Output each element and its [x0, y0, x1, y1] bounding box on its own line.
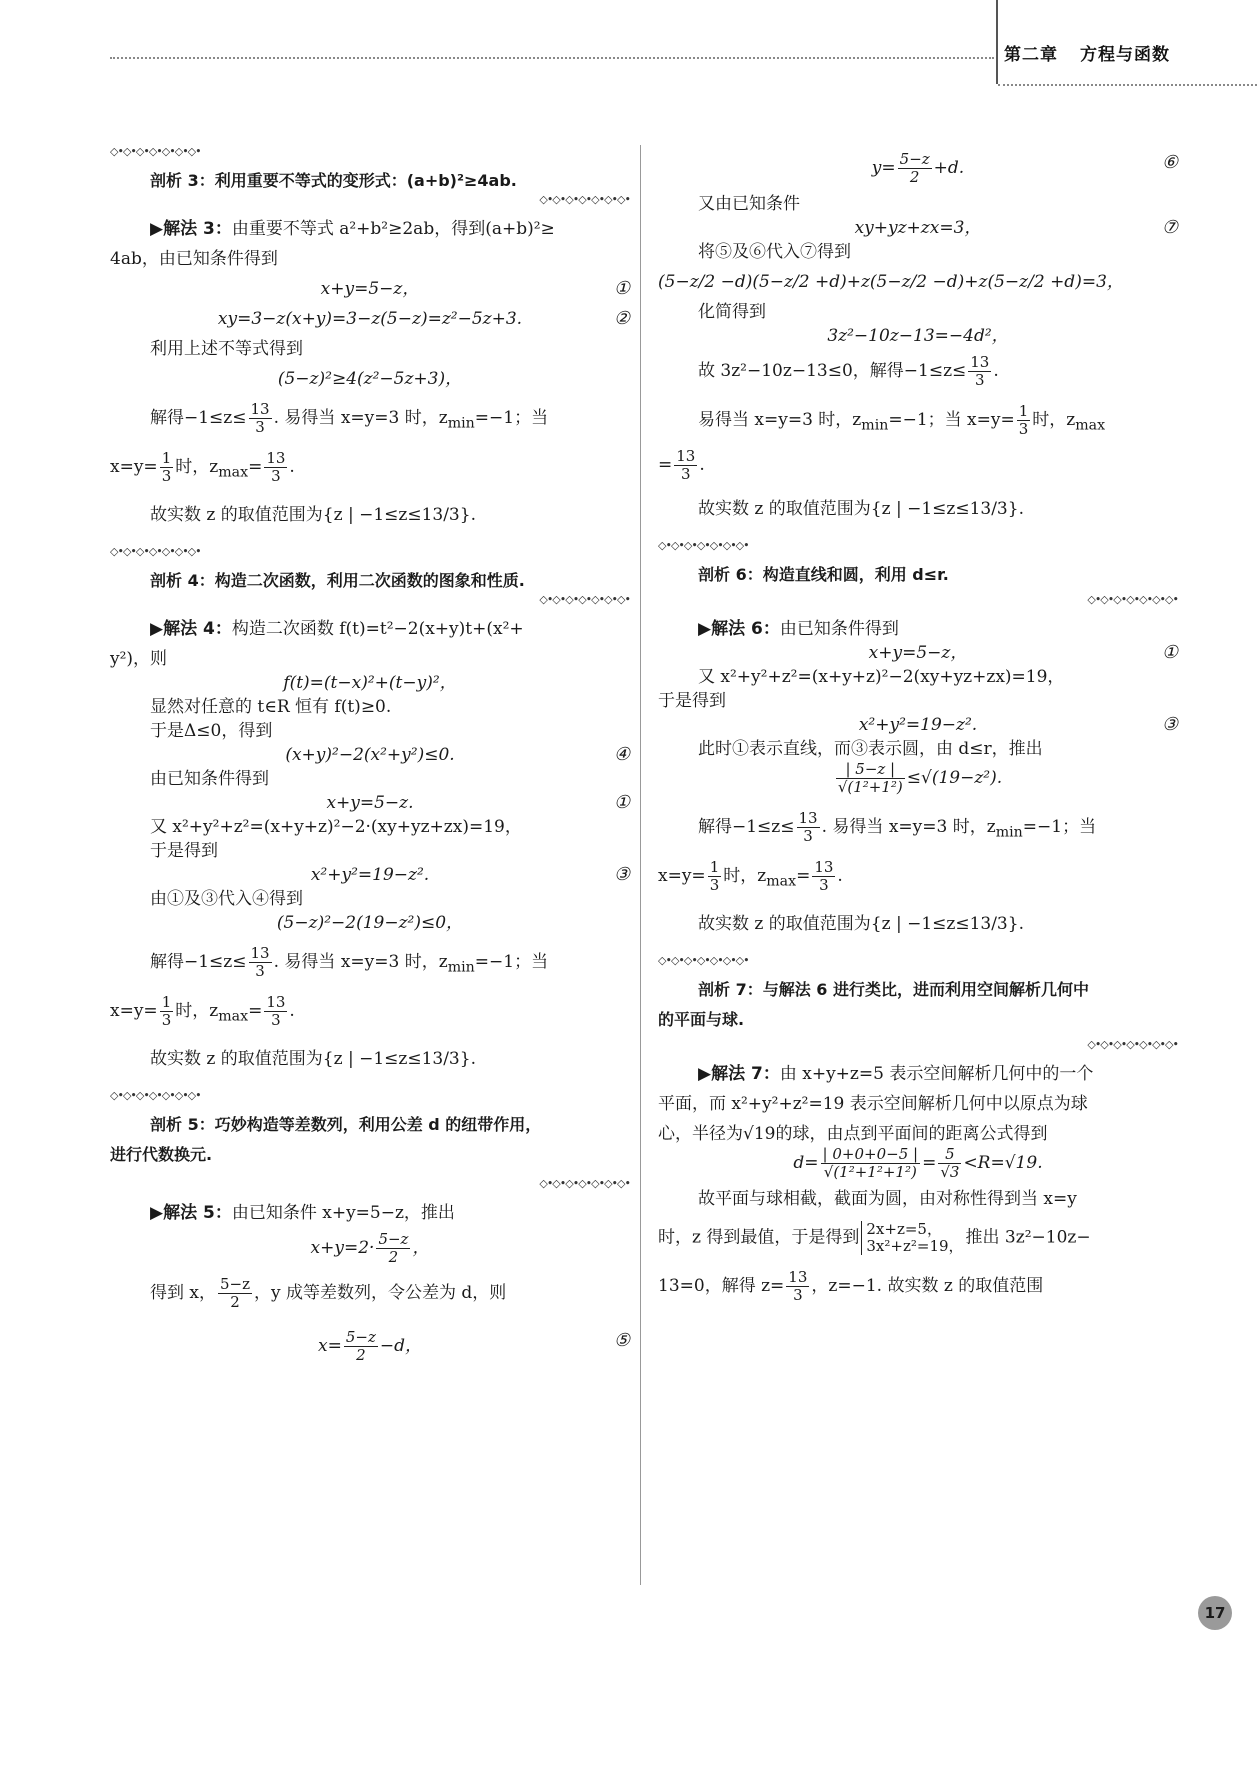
equation-tag-1: ① — [1162, 641, 1178, 665]
left-column: ◇•◇•◇•◇•◇•◇•◇• 剖析 3：利用重要不等式的变形式：(a+b)²≥4… — [110, 145, 630, 1364]
text-line: 此时①表示直线，而③表示圆，由 d≤r，推出 — [658, 737, 1178, 761]
decorative-divider: ◇•◇•◇•◇•◇•◇•◇• — [110, 193, 630, 207]
text-line: 利用上述不等式得到 — [110, 337, 630, 361]
right-column: y=5−z2+d.⑥ 又由已知条件 xy+yz+zx=3，⑦ 将⑤及⑥代入⑦得到… — [658, 145, 1178, 1304]
header-vertical-rule — [996, 0, 998, 84]
equation-4: (x+y)²−2(x²+y²)≤0.④ — [110, 743, 630, 767]
fraction: 133 — [249, 401, 272, 436]
text-line: 又 x²+y²+z²=(x+y+z)²−2·(xy+yz+zx)=19， — [110, 815, 630, 839]
solution-5-heading: ▶解法 5： — [150, 1203, 232, 1223]
decorative-divider: ◇•◇•◇•◇•◇•◇•◇• — [658, 954, 1178, 968]
chapter-title: 第二章方程与函数 — [1004, 40, 1170, 65]
equation-tag-1: ① — [614, 791, 630, 815]
text-line: 于是Δ≤0，得到 — [110, 719, 630, 743]
page-number-badge: 17 — [1198, 1596, 1232, 1630]
text-line: 平面，而 x²+y²+z²=19 表示空间解析几何中以原点为球 — [658, 1092, 1178, 1116]
solve-line: 解得−1≤z≤133. 易得当 x=y=3 时，zmin=−1；当 — [658, 810, 1178, 845]
equation-1: x+y=5−z，① — [658, 641, 1178, 665]
arithmetic-sequence-line: 得到 x，5−z2，y 成等差数列，令公差为 d，则 — [110, 1276, 630, 1311]
equation-plane-distance: d=| 0+0+0−5 |√(1²+1²+1²)=5√3<R=√19. — [658, 1146, 1178, 1181]
equation-tag-3: ③ — [1162, 713, 1178, 737]
equation-7: xy+yz+zx=3，⑦ — [658, 216, 1178, 240]
system-line: 时，z 得到最值，于是得到2x+z=5，3x²+z²=19，推出 3z²−10z… — [658, 1221, 1178, 1255]
equation-inequality: (5−z)²≥4(z²−5z+3)， — [110, 367, 630, 391]
equation-1: x+y=5−z.① — [110, 791, 630, 815]
range-conclusion: 故实数 z 的取值范围为{z | −1≤z≤13/3}. — [658, 497, 1178, 521]
solve-line: 解得−1≤z≤133. 易得当 x=y=3 时，zmin=−1；当 — [110, 401, 630, 436]
text-line: 由已知条件得到 — [110, 767, 630, 791]
decorative-divider: ◇•◇•◇•◇•◇•◇•◇• — [658, 593, 1178, 607]
max-value-line: =133. — [658, 448, 1178, 483]
equation-tag-7: ⑦ — [1162, 216, 1178, 240]
equation-tag-2: ② — [614, 307, 630, 331]
text-line: 于是得到 — [658, 689, 1178, 713]
equation-tag-1: ① — [614, 277, 630, 301]
decorative-divider: ◇•◇•◇•◇•◇•◇•◇• — [110, 1089, 630, 1103]
solution-4-heading: ▶解法 4： — [150, 619, 232, 639]
solution-3-heading: ▶解法 3： — [150, 219, 232, 239]
text-line: 化简得到 — [658, 300, 1178, 324]
text-line: 又由已知条件 — [658, 192, 1178, 216]
header-bottom-dotted-line — [998, 84, 1257, 86]
solve-line: 故 3z²−10z−13≤0，解得−1≤z≤133. — [658, 354, 1178, 389]
solution-4-line-1: ▶解法 4：构造二次函数 f(t)=t²−2(x+y)t+(x²+ — [110, 617, 630, 641]
header-dotted-line — [110, 57, 994, 59]
solution-6-heading: ▶解法 6： — [698, 619, 780, 639]
equation-1: x+y=5−z，① — [110, 277, 630, 301]
fraction: 133 — [264, 450, 287, 485]
range-conclusion: 故实数 z 的取值范围为{z | −1≤z≤13/3}. — [110, 1047, 630, 1071]
max-line: x=y=13时，zmax=133. — [110, 994, 630, 1029]
equation-tag-3: ③ — [614, 863, 630, 887]
decorative-divider: ◇•◇•◇•◇•◇•◇•◇• — [110, 1177, 630, 1191]
text-line: 于是得到 — [110, 839, 630, 863]
final-solve-line: 13=0，解得 z=133，z=−1. 故实数 z 的取值范围 — [658, 1269, 1178, 1304]
analysis-5: 剖析 5：巧妙构造等差数列，利用公差 d 的纽带作用， — [110, 1113, 630, 1137]
equation-f: f(t)=(t−x)²+(t−y)²， — [110, 671, 630, 695]
text-line: 故平面与球相截，截面为圆，由对称性得到当 x=y — [658, 1187, 1178, 1211]
text-line: 将⑤及⑥代入⑦得到 — [658, 240, 1178, 264]
solution-6-line-1: ▶解法 6：由已知条件得到 — [658, 617, 1178, 641]
analysis-7: 剖析 7：与解法 6 进行类比，进而利用空间解析几何中 — [658, 978, 1178, 1002]
equation-5: x=5−z2−d，⑤ — [110, 1329, 630, 1364]
max-line: x=y=13时，zmax=133. — [658, 859, 1178, 894]
equation-2x: x+y=2·5−z2， — [110, 1231, 630, 1266]
equation-tag-5: ⑤ — [614, 1329, 630, 1353]
analysis-4: 剖析 4：构造二次函数，利用二次函数的图象和性质. — [110, 569, 630, 593]
chapter-number: 第二章 — [1004, 45, 1058, 65]
solution-7-line-1: ▶解法 7：由 x+y+z=5 表示空间解析几何中的一个 — [658, 1062, 1178, 1086]
range-conclusion: 故实数 z 的取值范围为{z | −1≤z≤13/3}. — [658, 912, 1178, 936]
fraction: 13 — [160, 450, 174, 485]
equation-distance: | 5−z |√(1²+1²)≤√(19−z²). — [658, 761, 1178, 796]
equation-6: y=5−z2+d.⑥ — [658, 151, 1178, 186]
solution-3-line-1: ▶解法 3：由重要不等式 a²+b²≥2ab，得到(a+b)²≥ — [110, 217, 630, 241]
equation-3: x²+y²=19−z².③ — [110, 863, 630, 887]
equation-substitution: (5−z)²−2(19−z²)≤0， — [110, 911, 630, 935]
solution-7-heading: ▶解法 7： — [698, 1064, 780, 1084]
decorative-divider: ◇•◇•◇•◇•◇•◇•◇• — [658, 1038, 1178, 1052]
equation-tag-4: ④ — [614, 743, 630, 767]
solution-5-line-1: ▶解法 5：由已知条件 x+y=5−z，推出 — [110, 1201, 630, 1225]
equation-expansion: (5−z/2 −d)(5−z/2 +d)+z(5−z/2 −d)+z(5−z/2… — [658, 270, 1178, 294]
column-divider — [640, 145, 641, 1585]
decorative-divider: ◇•◇•◇•◇•◇•◇•◇• — [658, 539, 1178, 553]
decorative-divider: ◇•◇•◇•◇•◇•◇•◇• — [110, 593, 630, 607]
analysis-6: 剖析 6：构造直线和圆，利用 d≤r. — [658, 563, 1178, 587]
solve-line: 解得−1≤z≤133. 易得当 x=y=3 时，zmin=−1；当 — [110, 945, 630, 980]
decorative-divider: ◇•◇•◇•◇•◇•◇•◇• — [110, 545, 630, 559]
analysis-7-cont: 的平面与球. — [658, 1008, 1178, 1032]
text-line: 又 x²+y²+z²=(x+y+z)²−2(xy+yz+zx)=19， — [658, 665, 1178, 689]
equation-simplified: 3z²−10z−13=−4d²， — [658, 324, 1178, 348]
text-line: y²)，则 — [110, 647, 630, 671]
text-line: 显然对任意的 t∈R 恒有 f(t)≥0. — [110, 695, 630, 719]
solution-3-line-2: 4ab，由已知条件得到 — [110, 247, 630, 271]
equation-3: x²+y²=19−z².③ — [658, 713, 1178, 737]
text-line: 由①及③代入④得到 — [110, 887, 630, 911]
max-line: x=y=13时，zmax=133. — [110, 450, 630, 485]
equation-tag-6: ⑥ — [1162, 151, 1178, 175]
equation-2: xy=3−z(x+y)=3−z(5−z)=z²−5z+3.② — [110, 307, 630, 331]
range-conclusion: 故实数 z 的取值范围为{z | −1≤z≤13/3}. — [110, 503, 630, 527]
analysis-3: 剖析 3：利用重要不等式的变形式：(a+b)²≥4ab. — [110, 169, 630, 193]
analysis-5-cont: 进行代数换元. — [110, 1143, 630, 1167]
text-line: 心，半径为√19的球，由点到平面间的距离公式得到 — [658, 1122, 1178, 1146]
chapter-name: 方程与函数 — [1080, 45, 1170, 65]
decorative-divider: ◇•◇•◇•◇•◇•◇•◇• — [110, 145, 630, 159]
extreme-line: 易得当 x=y=3 时，zmin=−1；当 x=y=13时，zmax — [658, 403, 1178, 438]
